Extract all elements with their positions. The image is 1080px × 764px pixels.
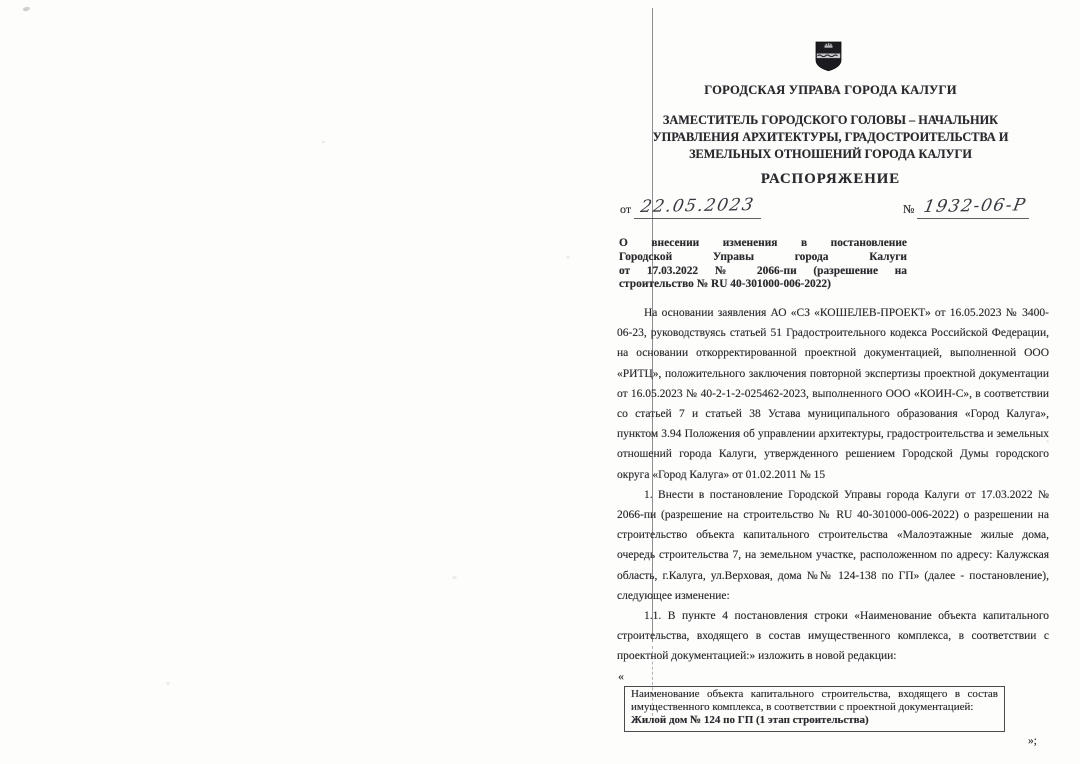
document-type-heading: РАСПОРЯЖЕНИЕ xyxy=(612,171,1049,188)
official-title-line: ЗЕМЕЛЬНЫХ ОТНОШЕНИЙ ГОРОДА КАЛУГИ xyxy=(612,146,1049,163)
number-field: 1932-06-Р xyxy=(917,190,1029,219)
date-field: 22.05.2023 xyxy=(634,190,761,219)
official-title-line: УПРАВЛЕНИЯ АРХИТЕКТУРЫ, ГРАДОСТРОИТЕЛЬСТ… xyxy=(612,129,1049,146)
subject-line: О внесении изменения в постановление xyxy=(619,237,907,251)
handwritten-number-value: 1932-06-Р xyxy=(922,195,1028,217)
scan-speck xyxy=(566,256,570,258)
closing-quote-mark: »; xyxy=(617,734,1049,749)
scan-speck xyxy=(452,576,457,579)
document-body: На основании заявления АО «СЗ «КОШЕЛЕВ-П… xyxy=(617,303,1049,749)
document-subject: О внесении изменения в постановление Гор… xyxy=(619,237,907,292)
kaluga-coat-of-arms-icon xyxy=(815,41,842,72)
organization-name: ГОРОДСКАЯ УПРАВА ГОРОДА КАЛУГИ xyxy=(612,83,1049,98)
number-label: № xyxy=(903,202,914,217)
subject-line: строительство № RU 40-301000-006-2022) xyxy=(619,278,907,292)
body-paragraph-item-1-1: 1.1. В пункте 4 постановления строки «На… xyxy=(617,606,1049,667)
new-wording-table: Наименование объекта капитального строит… xyxy=(624,686,1005,732)
body-paragraph-item-1: 1. Внести в постановление Городской Упра… xyxy=(617,485,1049,606)
scan-corner-mark xyxy=(23,6,31,12)
date-label: от xyxy=(620,202,631,217)
official-title-block: ЗАМЕСТИТЕЛЬ ГОРОДСКОГО ГОЛОВЫ – НАЧАЛЬНИ… xyxy=(612,112,1049,163)
opening-quote-mark: « xyxy=(617,668,1049,684)
scan-speck xyxy=(322,141,325,143)
handwritten-date-value: 22.05.2023 xyxy=(639,195,756,217)
subject-line: Городской Управы города Калуги xyxy=(619,251,907,265)
scan-speck xyxy=(166,682,170,685)
table-cell-bold-text: Жилой дом № 124 по ГП (1 этап строительс… xyxy=(631,714,998,727)
table-cell-text: Наименование объекта капитального строит… xyxy=(631,688,998,715)
official-title-line: ЗАМЕСТИТЕЛЬ ГОРОДСКОГО ГОЛОВЫ – НАЧАЛЬНИ… xyxy=(612,112,1049,129)
subject-line: от 17.03.2022 № 2066-пи (разрешение на xyxy=(619,265,907,279)
scanned-document-page: ГОРОДСКАЯ УПРАВА ГОРОДА КАЛУГИ ЗАМЕСТИТЕ… xyxy=(0,0,1080,764)
body-paragraph-preamble: На основании заявления АО «СЗ «КОШЕЛЕВ-П… xyxy=(617,303,1049,485)
